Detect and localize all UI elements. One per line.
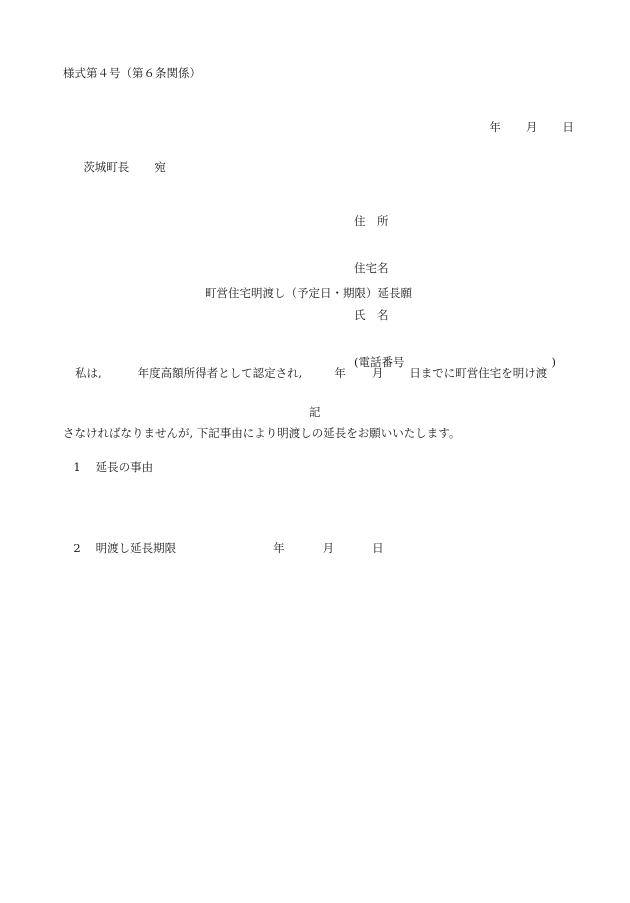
deadline-year-label: 年	[273, 541, 285, 555]
phone-label-close: )	[552, 355, 557, 369]
body-text-segment: 私は,	[75, 366, 102, 380]
item-label: 延長の事由	[96, 460, 154, 474]
body-text-segment: 年度高額所得者として認定され,	[138, 366, 303, 380]
date-year-label: 年	[489, 120, 501, 134]
body-text-segment: 年	[334, 366, 346, 380]
item-extension-reason: 1延長の事由	[66, 446, 153, 474]
item-number: 1	[73, 460, 80, 474]
date-month-label: 月	[526, 120, 538, 134]
body-line-1: 私は,年度高額所得者として認定され,年月日までに町営住宅を明け渡	[63, 363, 547, 383]
body-text-segment: 月	[372, 366, 384, 380]
housing-name-label: 住宅名	[354, 259, 556, 278]
item-number: 2	[73, 541, 80, 555]
deadline-month-label: 月	[323, 541, 335, 555]
deadline-day-label: 日	[372, 541, 384, 555]
addressee-suffix: 宛	[154, 160, 166, 174]
item-extension-deadline: 2明渡し延長期限年月日	[66, 527, 384, 555]
body-text-segment: 日までに町営住宅を明け渡	[409, 366, 547, 380]
item-label: 明渡し延長期限	[96, 541, 177, 555]
addressee-name: 茨城町長	[83, 160, 129, 174]
form-number: 様式第４号（第６条関係）	[63, 66, 201, 80]
ki-heading: 記	[309, 405, 321, 419]
addressee: 茨城町長宛	[76, 146, 166, 174]
document-title: 町営住宅明渡し（予定日・期限）延長願	[205, 286, 412, 300]
address-label: 住 所	[354, 212, 556, 231]
date-day-label: 日	[562, 120, 574, 134]
submission-date: 年月日	[482, 106, 574, 134]
request-body: 私は,年度高額所得者として認定され,年月日までに町営住宅を明け渡 さなければなり…	[63, 323, 547, 463]
body-line-2: さなければなりませんが, 下記事由により明渡しの延長をお願いいたします。	[63, 423, 547, 443]
